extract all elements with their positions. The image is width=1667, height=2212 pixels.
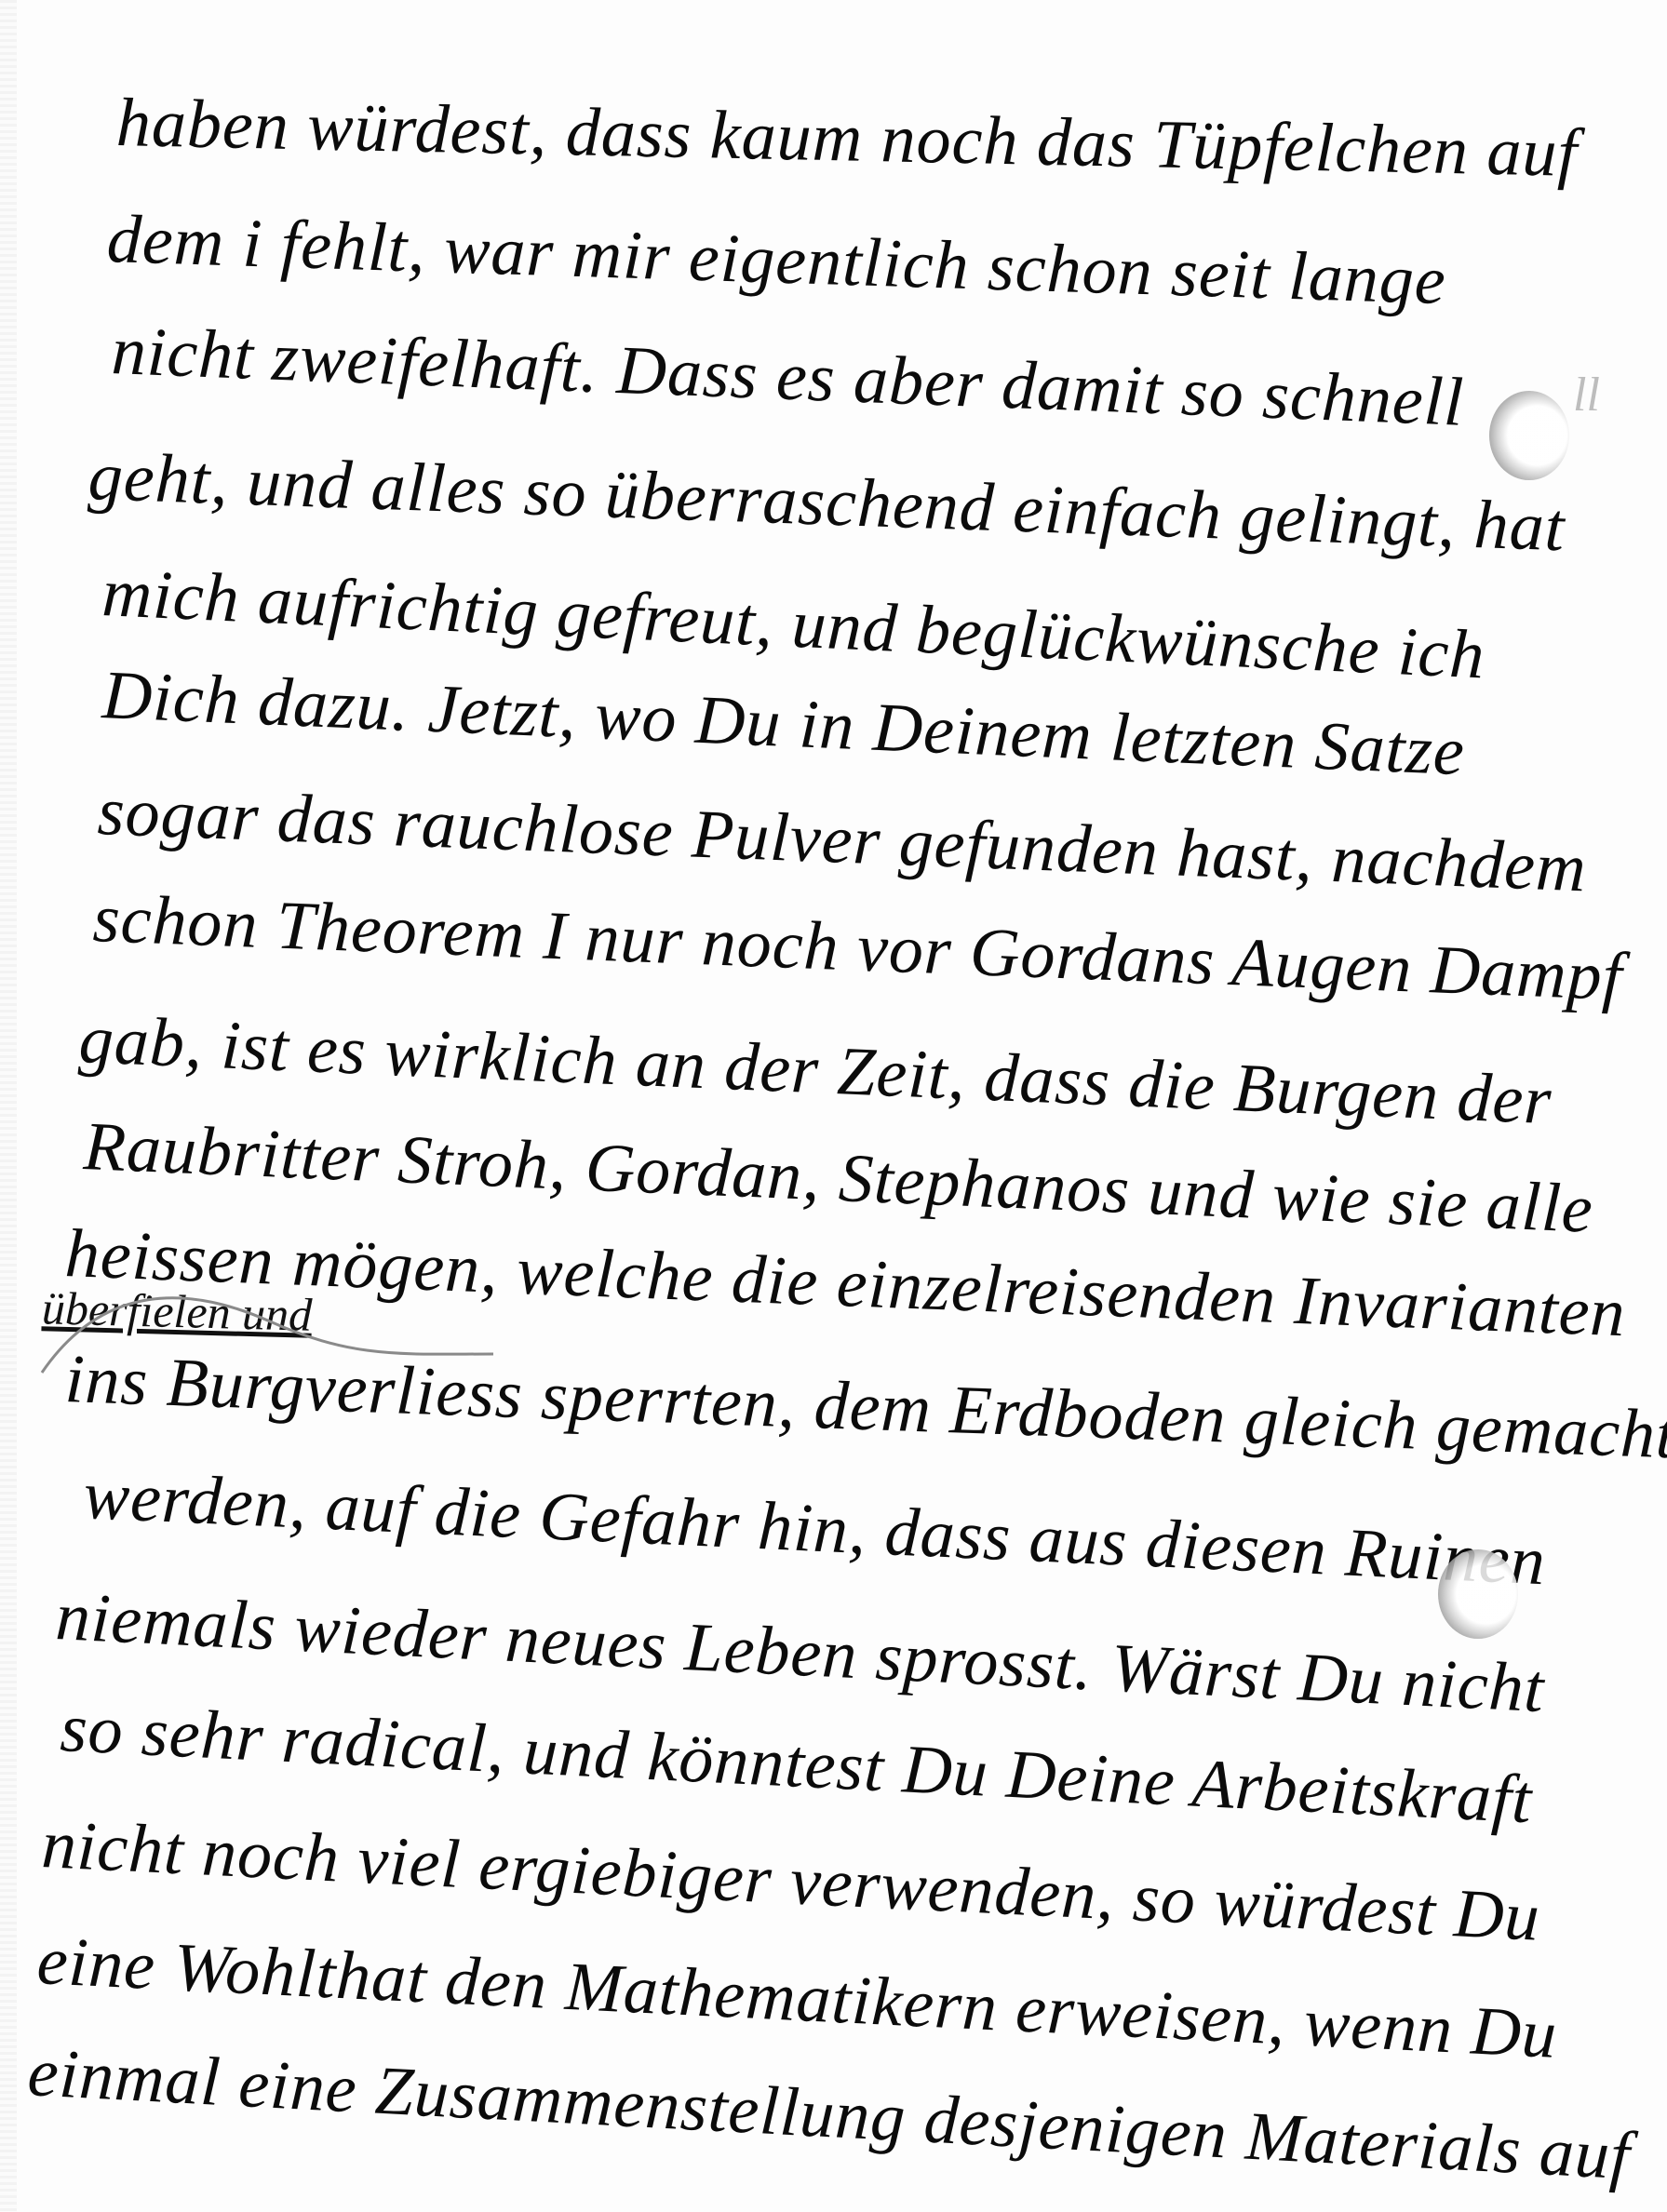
handwritten-line-12: ins Burgverliess sperrten, dem Erdboden … <box>64 1340 1667 1475</box>
handwritten-line-3: nicht zweifelhaft. Dass es aber damit so… <box>110 312 1465 443</box>
handwritten-line-2: dem i fehlt, war mir eigentlich schon se… <box>106 200 1447 321</box>
interlinear-insertion: überfielen und <box>41 1280 313 1342</box>
scan-left-edge <box>0 0 17 2212</box>
punch-hole-top <box>1489 391 1569 480</box>
handwritten-line-4: geht, und alles so überraschend einfach … <box>87 437 1566 568</box>
handwritten-line-13: werden, auf die Gefahr hin, dass aus die… <box>82 1456 1548 1602</box>
letter-page: haben würdest, dass kaum noch das Tüpfel… <box>0 0 1667 2212</box>
margin-correction: ll <box>1573 368 1600 422</box>
handwritten-line-1: haben würdest, dass kaum noch das Tüpfel… <box>115 84 1579 194</box>
punch-hole-bottom <box>1438 1549 1518 1639</box>
